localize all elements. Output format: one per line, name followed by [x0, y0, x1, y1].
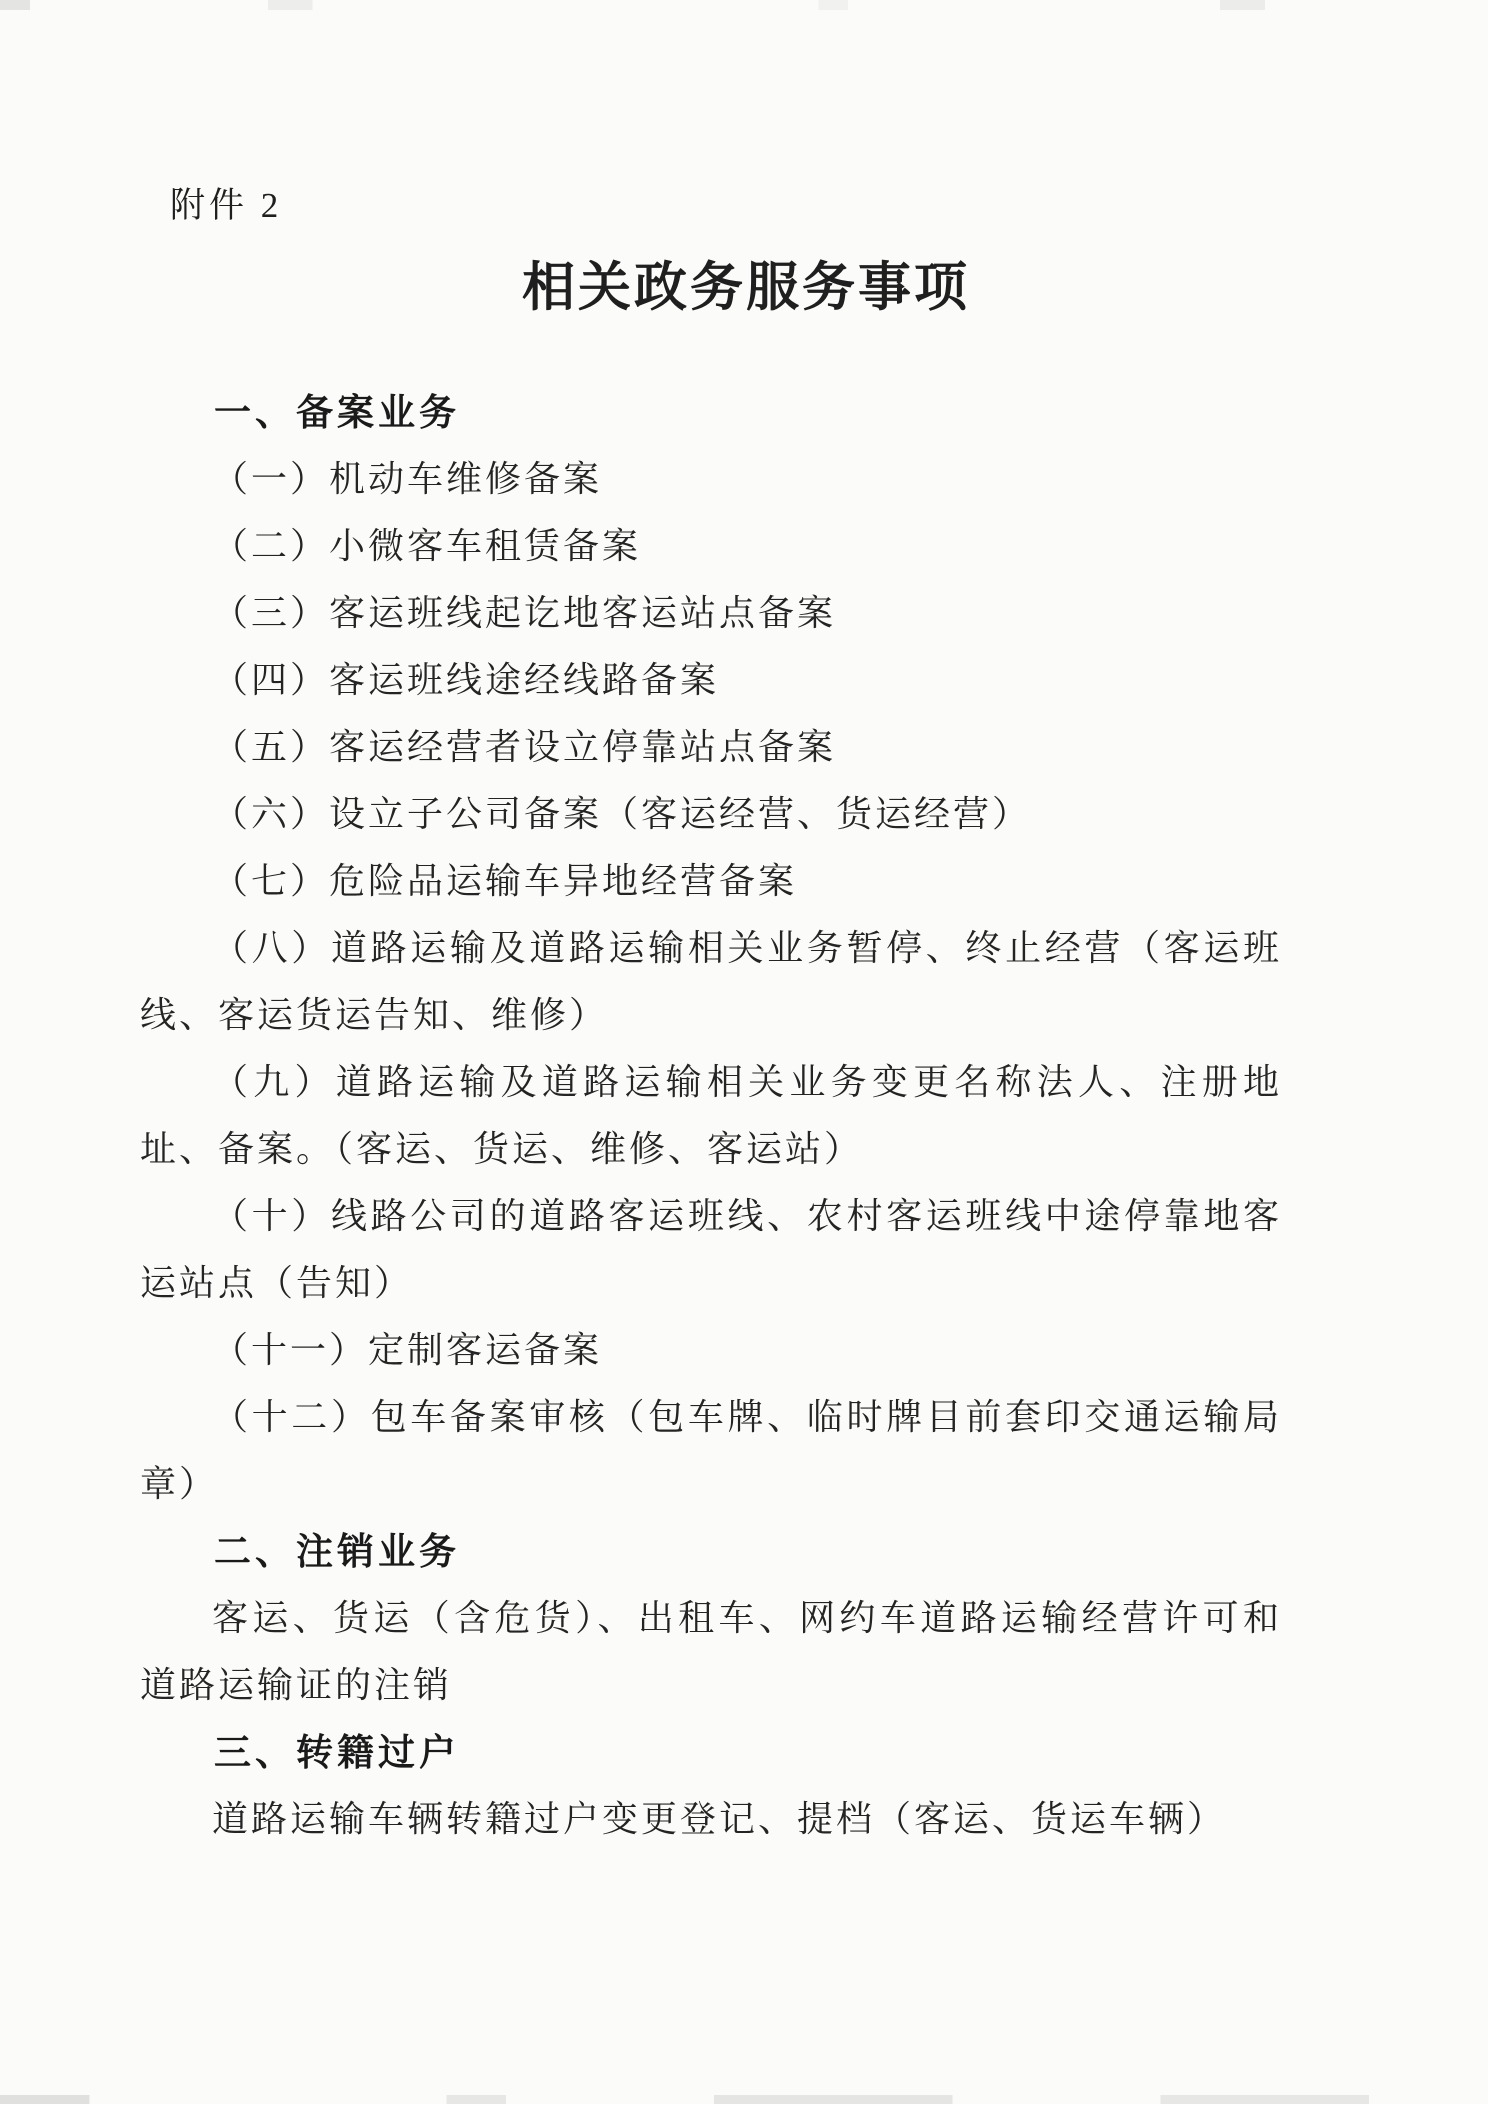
document-page: 附件 2 相关政务服务事项 一、备案业务 （一）机动车维修备案 （二）小微客车租…: [0, 0, 1488, 2104]
list-item: （三）客运班线起讫地客运站点备案: [140, 580, 1282, 647]
list-item: （九）道路运输及道路运输相关业务变更名称法人、注册地址、备案。（客运、货运、维修…: [140, 1049, 1282, 1183]
list-item: （一）机动车维修备案: [140, 446, 1282, 513]
section-heading-filing: 一、备案业务: [140, 379, 1282, 446]
scan-artifact-top: [0, 0, 1488, 10]
list-item: （五）客运经营者设立停靠站点备案: [140, 714, 1282, 781]
list-item: 客运、货运（含危货）、出租车、网约车道路运输经营许可和道路运输证的注销: [140, 1585, 1282, 1719]
list-item: （七）危险品运输车异地经营备案: [140, 848, 1282, 915]
list-item: （十）线路公司的道路客运班线、农村客运班线中途停靠地客运站点（告知）: [140, 1183, 1282, 1317]
scan-artifact-bottom: [0, 2095, 1488, 2104]
list-item: （二）小微客车租赁备案: [140, 513, 1282, 580]
document-body: 一、备案业务 （一）机动车维修备案 （二）小微客车租赁备案 （三）客运班线起讫地…: [140, 379, 1282, 1853]
list-item: （四）客运班线途经线路备案: [140, 647, 1282, 714]
attachment-label: 附件 2: [170, 183, 1282, 229]
list-item: （十二）包车备案审核（包车牌、临时牌目前套印交通运输局章）: [140, 1384, 1282, 1518]
list-item: （六）设立子公司备案（客运经营、货运经营）: [140, 781, 1282, 848]
list-item: 道路运输车辆转籍过户变更登记、提档（客运、货运车辆）: [140, 1786, 1282, 1853]
section-heading-cancellation: 二、注销业务: [140, 1518, 1282, 1585]
section-heading-transfer: 三、转籍过户: [140, 1719, 1282, 1786]
list-item: （八）道路运输及道路运输相关业务暂停、终止经营（客运班线、客运货运告知、维修）: [140, 915, 1282, 1049]
page-title: 相关政务服务事项: [175, 253, 1317, 323]
list-item: （十一）定制客运备案: [140, 1317, 1282, 1384]
document-content: 附件 2 相关政务服务事项 一、备案业务 （一）机动车维修备案 （二）小微客车租…: [140, 183, 1282, 1853]
